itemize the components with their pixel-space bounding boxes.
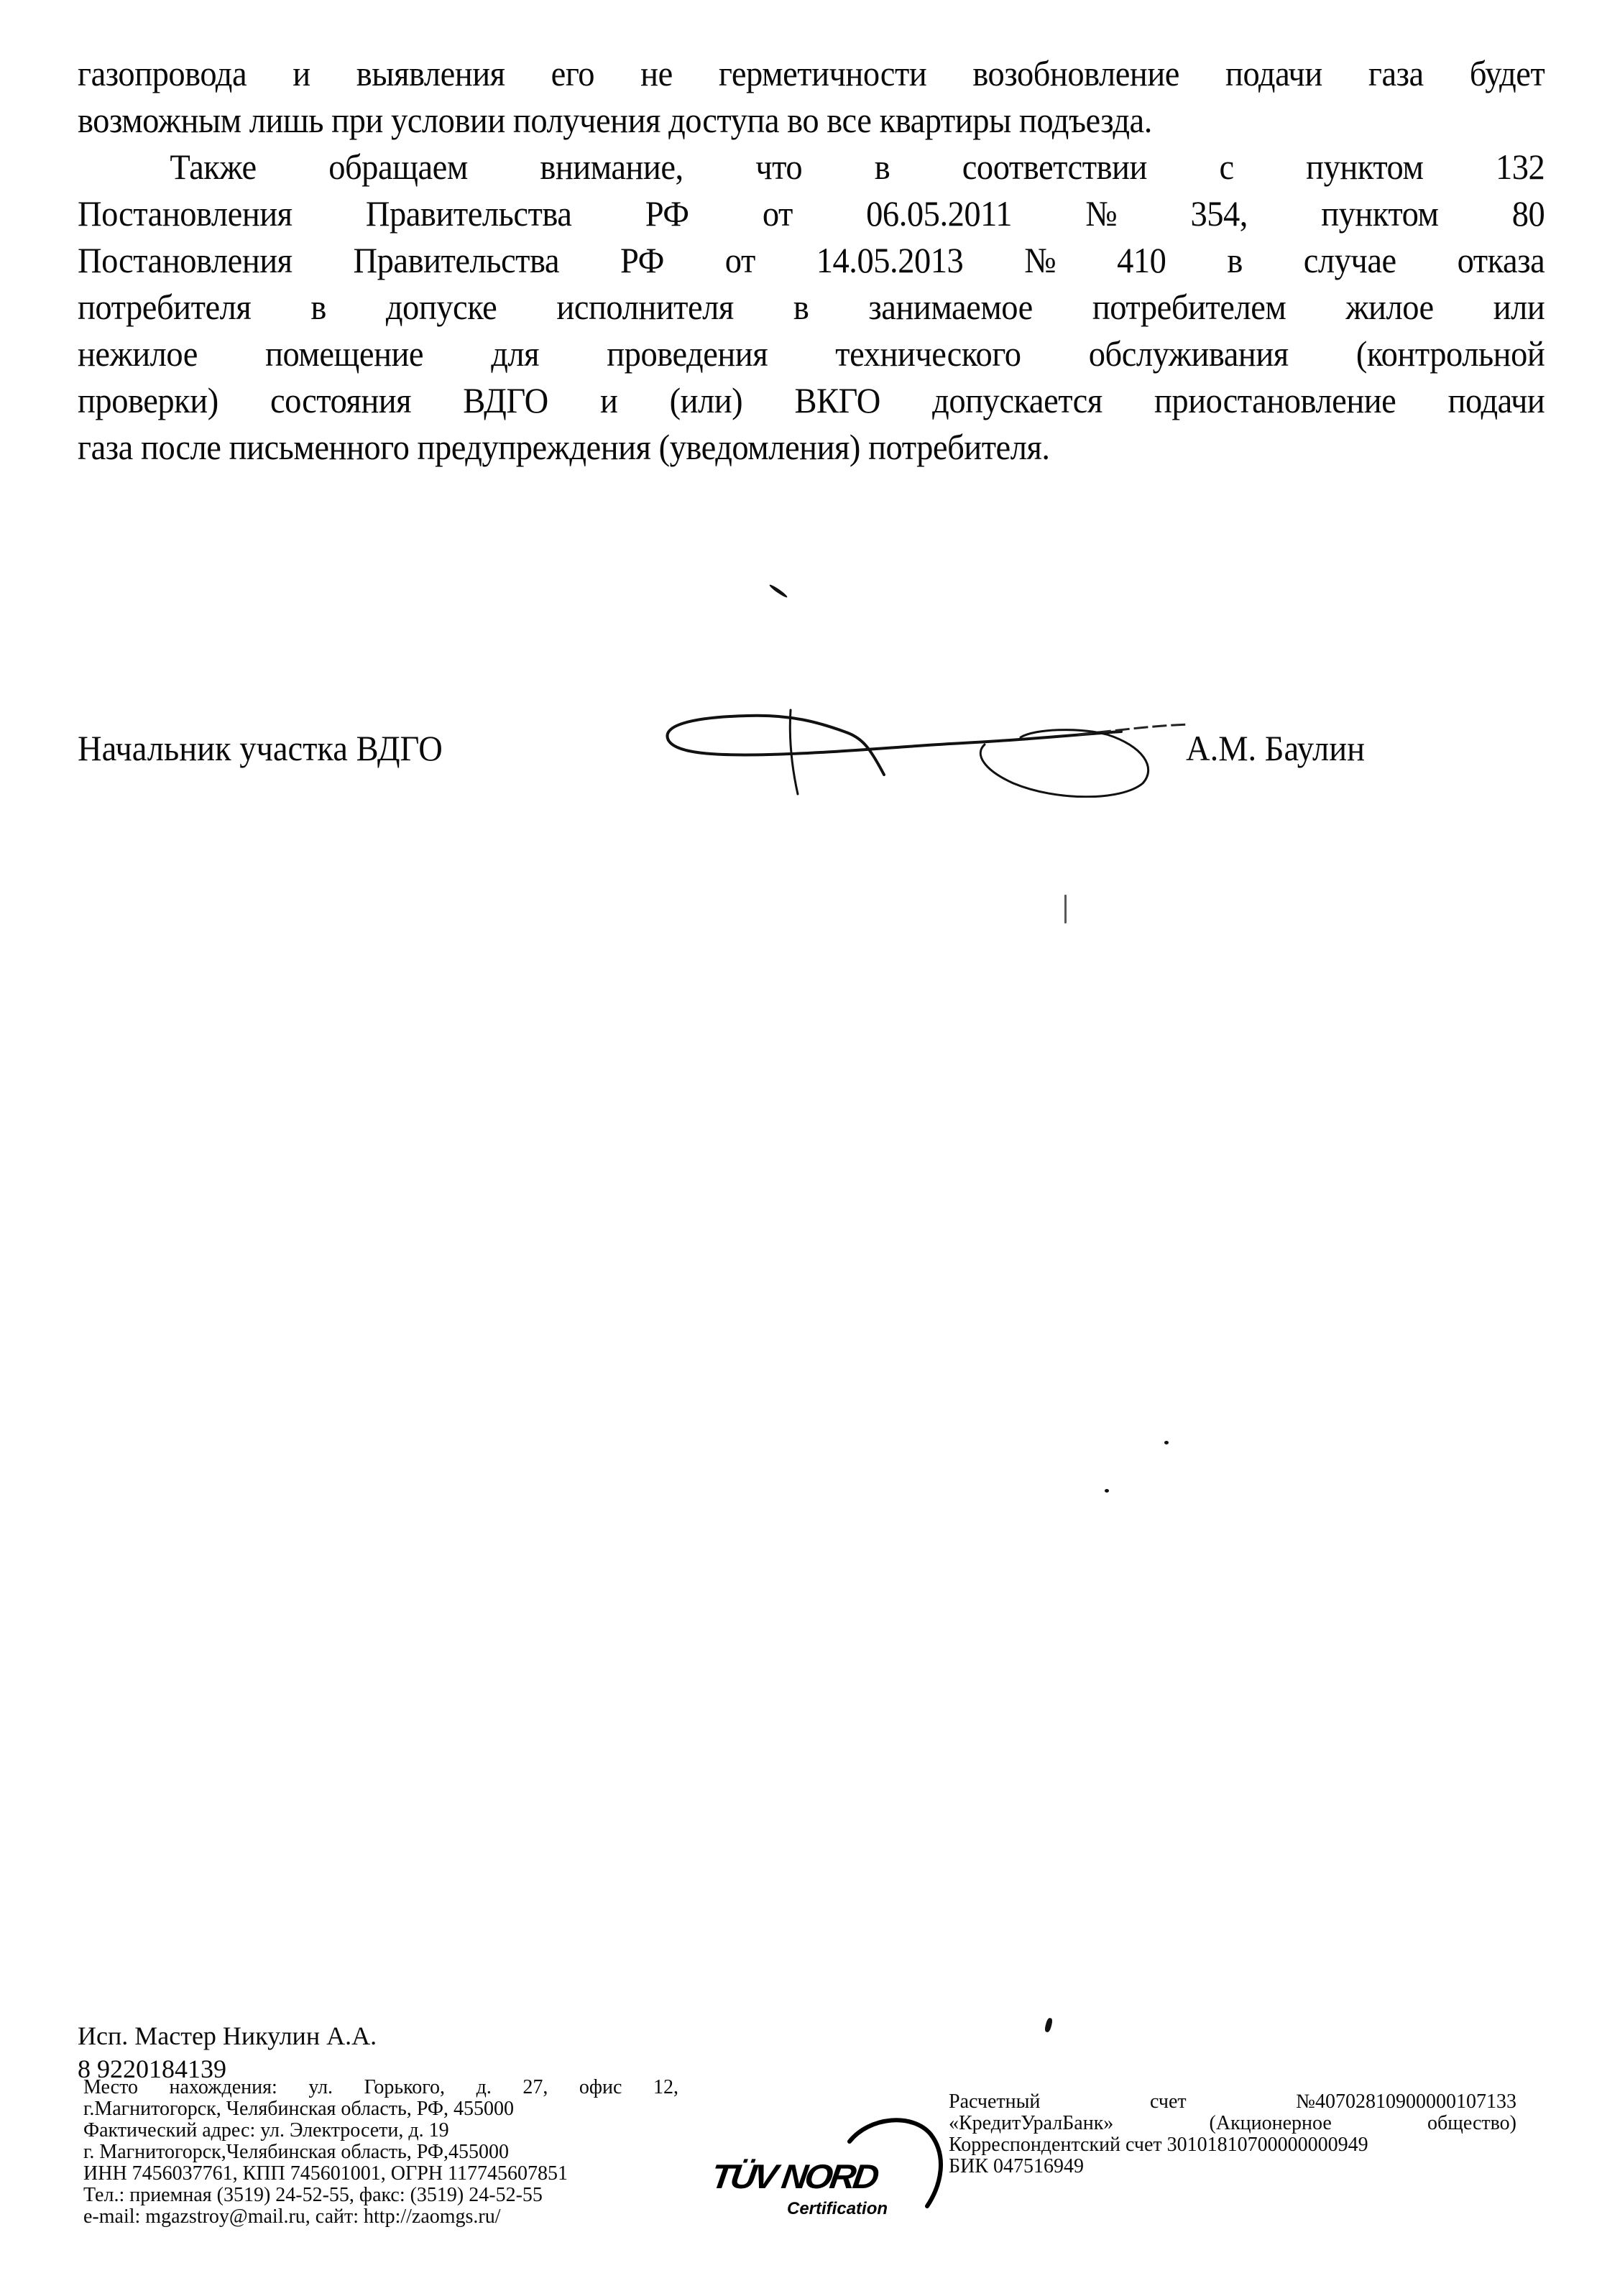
word: 14.05.2013 [816, 237, 964, 284]
word: пунктом [1321, 190, 1438, 237]
word: Горького, [364, 2077, 445, 2098]
paragraph-continuation: газопроводаивыявленияегонегерметичностив… [78, 50, 1441, 144]
word: подачи [1448, 377, 1545, 424]
word: 12, [653, 2077, 678, 2098]
word: его [551, 50, 594, 97]
bank-bik: БИК 047516949 [949, 2156, 1524, 2177]
paragraph2-line1: Такжеобращаемвнимание,чтовсоответствиисп… [78, 144, 1545, 190]
word: подачи [1225, 50, 1322, 97]
company-actual-city: г. Магнитогорск,Челябинская область, РФ,… [83, 2141, 687, 2163]
word: технического [835, 331, 1021, 377]
scan-speck [1164, 1441, 1169, 1444]
word: нахождения: [169, 2077, 277, 2098]
word: д. [477, 2077, 492, 2098]
signer-name: А.М. Баулин [1186, 727, 1365, 769]
tuv-nord-logo: TÜV NORD Certification [712, 2084, 942, 2213]
bank-account: Расчетныйсчет№40702810900000107133 [949, 2091, 1516, 2113]
word: (или) [670, 377, 743, 424]
scan-speck [768, 584, 788, 599]
word: жилое [1345, 284, 1433, 331]
word: Расчетный [949, 2091, 1040, 2113]
word: ВКГО [794, 377, 880, 424]
word: 80 [1512, 190, 1545, 237]
word: будет [1470, 50, 1545, 97]
paragraph2-line4: потребителявдопускеисполнителявзанимаемо… [78, 284, 1545, 331]
paragraph-notice: Такжеобращаемвнимание,чтовсоответствиисп… [78, 144, 1441, 471]
word: возобновление [972, 50, 1179, 97]
word: потребителем [1092, 284, 1286, 331]
word: что [755, 144, 802, 190]
word: (Акционерное [1210, 2113, 1332, 2134]
word: допуске [386, 284, 497, 331]
document-page: газопроводаивыявленияегонегерметичностив… [0, 0, 1602, 2296]
word: 06.05.2011 [866, 190, 1012, 237]
word: приостановление [1154, 377, 1396, 424]
word: газа [1368, 50, 1424, 97]
bank-details: Расчетныйсчет№40702810900000107133 «Кред… [949, 2091, 1524, 2177]
word: в [310, 284, 326, 331]
word: № [1024, 237, 1056, 284]
paragraph2-line3: ПостановленияПравительстваРФот14.05.2013… [78, 237, 1545, 284]
word: в [793, 284, 809, 331]
paragraph1-line2: возможным лишь при условии получения дос… [78, 97, 1441, 144]
word: общество) [1427, 2113, 1516, 2134]
word: герметичности [719, 50, 926, 97]
word: проведения [607, 331, 768, 377]
word: потребителя [78, 284, 251, 331]
word: в [1227, 237, 1242, 284]
word: (контрольной [1356, 331, 1545, 377]
word: выявления [356, 50, 505, 97]
word: офис [579, 2077, 622, 2098]
word: 132 [1496, 144, 1545, 190]
word: ВДГО [463, 377, 548, 424]
executor-name: Исп. Мастер Никулин А.А. [78, 2019, 377, 2052]
word: №40702810900000107133 [1296, 2091, 1516, 2113]
word: Место [83, 2077, 138, 2098]
paragraph2-line6: проверки)состоянияВДГОи(или)ВКГОдопускае… [78, 377, 1545, 424]
word: для [491, 331, 539, 377]
word: счет [1150, 2091, 1187, 2113]
paragraph2-line7: газа после письменного предупреждения (у… [78, 424, 1441, 471]
word: от [725, 237, 755, 284]
word: проверки) [78, 377, 218, 424]
company-legal-address: Местонахождения:ул.Горького,д.27,офис12, [83, 2077, 678, 2098]
word: 410 [1117, 237, 1166, 284]
paragraph1-line1: газопроводаивыявленияегонегерметичностив… [78, 50, 1545, 97]
company-details: Местонахождения:ул.Горького,д.27,офис12,… [83, 2077, 687, 2228]
word: исполнителя [556, 284, 733, 331]
logo-sub-text: Certification [787, 2199, 888, 2219]
word: пунктом [1306, 144, 1423, 190]
word: РФ [620, 237, 664, 284]
logo-main-text: TÜV NORD [709, 2157, 879, 2196]
scan-speck [1105, 1489, 1109, 1493]
word: РФ [645, 190, 689, 237]
word: с [1219, 144, 1233, 190]
word: и [293, 50, 310, 97]
word: не [640, 50, 673, 97]
word: обслуживания [1089, 331, 1289, 377]
word: Правительства [354, 237, 560, 284]
word: «КредитУралБанк» [949, 2113, 1113, 2134]
word: отказа [1458, 237, 1545, 284]
word: занимаемое [868, 284, 1032, 331]
word: Также [170, 144, 256, 190]
word: Постановления [78, 237, 293, 284]
paragraph2-line2: ПостановленияПравительстваРФот06.05.2011… [78, 190, 1545, 237]
word: допускается [932, 377, 1102, 424]
paragraph2-line5: нежилоепомещениедляпроведениятехническог… [78, 331, 1545, 377]
word: ул. [308, 2077, 333, 2098]
word: 354, [1190, 190, 1248, 237]
handwritten-signature-icon [647, 690, 1193, 798]
word: газопровода [78, 50, 247, 97]
word: помещение [265, 331, 423, 377]
word: № [1085, 190, 1117, 237]
bank-corr-account: Корреспондентский счет 30101810700000000… [949, 2134, 1524, 2156]
bank-name: «КредитУралБанк»(Акционерноеобщество) [949, 2113, 1516, 2134]
company-registration: ИНН 7456037761, КПП 745601001, ОГРН 1177… [83, 2163, 687, 2185]
company-actual-address: Фактический адрес: ул. Электросети, д. 1… [83, 2120, 687, 2141]
signer-position: Начальник участка ВДГО [78, 727, 443, 769]
word: и [600, 377, 617, 424]
word: в [875, 144, 890, 190]
word: обращаем [328, 144, 468, 190]
word: или [1493, 284, 1545, 331]
company-email-site: e-mail: mgazstroy@mail.ru, сайт: http://… [83, 2206, 687, 2228]
word: нежилое [78, 331, 198, 377]
company-legal-city: г.Магнитогорск, Челябинская область, РФ,… [83, 2098, 687, 2120]
word: соответствии [962, 144, 1147, 190]
word: внимание, [540, 144, 683, 190]
word: случае [1304, 237, 1396, 284]
scan-speck [1064, 895, 1067, 923]
scan-speck [1044, 2017, 1054, 2032]
word: состояния [270, 377, 411, 424]
company-phones: Тел.: приемная (3519) 24-52-55, факс: (3… [83, 2185, 687, 2206]
word: от [763, 190, 793, 237]
word: Постановления [78, 190, 293, 237]
word: 27, [523, 2077, 548, 2098]
word: Правительства [366, 190, 572, 237]
